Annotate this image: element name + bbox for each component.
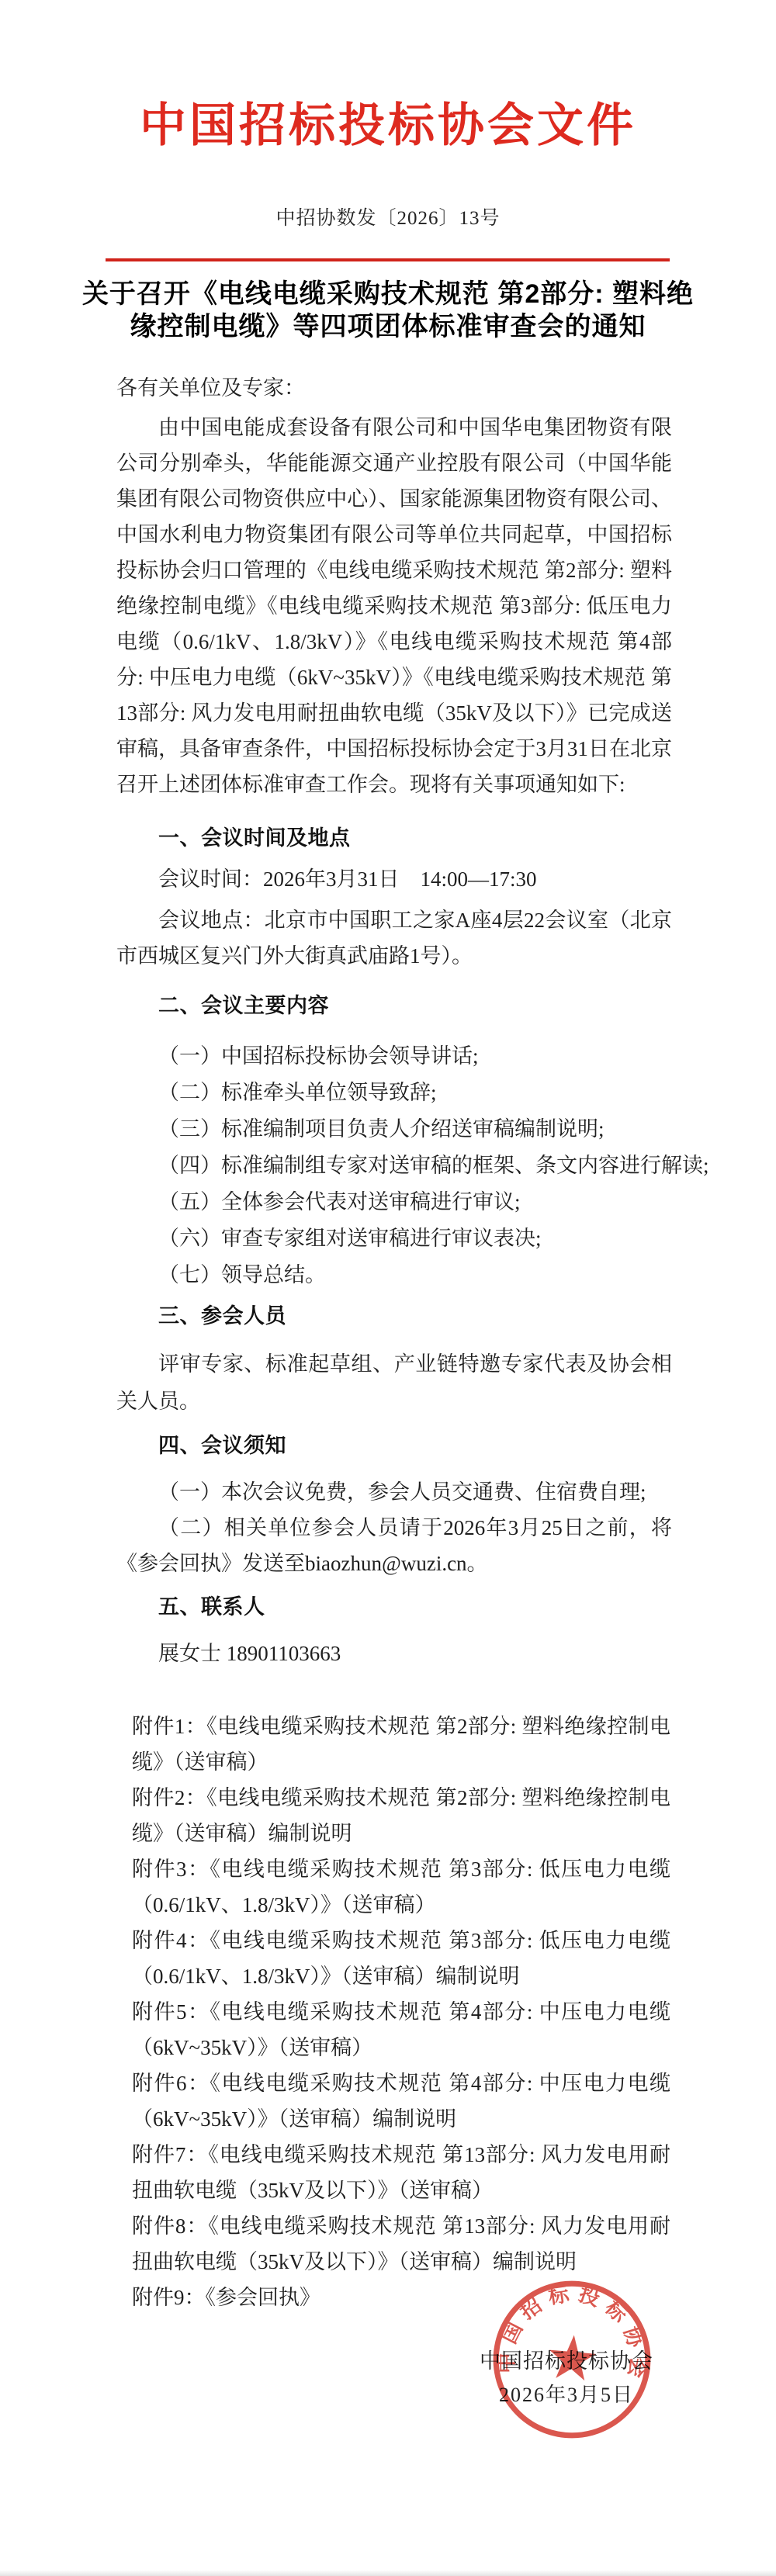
red-divider-rule (106, 258, 670, 261)
attendees-paragraph: 评审专家、标准起草组、产业链特邀专家代表及协会相关人员。 (116, 1345, 672, 1420)
agenda-item-6: （六）审查专家组对送审稿进行审议表决; (116, 1220, 672, 1257)
attachment-6: 附件6：《电线电缆采购技术规范 第4部分: 中压电力电缆（6kV~35kV）》（… (132, 2065, 670, 2137)
section5-heading: 五、联系人 (158, 1591, 686, 1622)
meeting-place: 会议地点：北京市中国职工之家A座4层22会议室（北京市西城区复兴门外大街真武庙路… (116, 902, 672, 974)
section1-heading: 一、会议时间及地点 (158, 822, 686, 853)
attachments-list: 附件1：《电线电缆采购技术规范 第2部分: 塑料绝缘控制电缆》（送审稿） 附件2… (132, 1709, 670, 2315)
agenda-list: （一）中国招标投标协会领导讲话; （二）标准牵头单位领导致辞; （三）标准编制项… (116, 1038, 672, 1293)
attachment-3: 附件3：《电线电缆采购技术规范 第3部分: 低压电力电缆（0.6/1kV、1.8… (132, 1851, 670, 1923)
attachment-2: 附件2：《电线电缆采购技术规范 第2部分: 塑料绝缘控制电缆》（送审稿）编制说明 (132, 1780, 670, 1851)
notice-title-line2: 缘控制电缆》等四项团体标准审查会的通知 (78, 310, 698, 343)
notes-item-2: （二）相关单位参会人员请于2026年3月25日之前，将《参会回执》发送至biao… (116, 1510, 672, 1581)
agenda-item-1: （一）中国招标投标协会领导讲话; (116, 1038, 672, 1075)
meeting-time: 会议时间：2026年3月31日 14:00—17:30 (158, 861, 702, 897)
seal-star-icon (547, 2333, 598, 2381)
intro-paragraph: 由中国电能成套设备有限公司和中国华电集团物资有限公司分别牵头，华能能源交通产业控… (116, 410, 672, 802)
attachment-8: 附件8：《电线电缆采购技术规范 第13部分: 风力发电用耐扭曲软电缆（35kV及… (132, 2208, 670, 2280)
notes-item-1: （一）本次会议免费，参会人员交通费、住宿费自理; (116, 1474, 672, 1510)
org-title: 中国招标投标协会文件 (0, 101, 776, 151)
agenda-item-7: （七）领导总结。 (116, 1257, 672, 1293)
doc-number: 中招协数发〔2026〕13号 (0, 206, 776, 231)
agenda-item-5: （五）全体参会代表对送审稿进行审议; (116, 1184, 672, 1220)
attachment-4: 附件4：《电线电缆采购技术规范 第3部分: 低压电力电缆（0.6/1kV、1.8… (132, 1923, 670, 1994)
document-page: 中国招标投标协会文件 中招协数发〔2026〕13号 关于召开《电线电缆采购技术规… (0, 0, 776, 2576)
section2-heading: 二、会议主要内容 (158, 990, 686, 1021)
notice-title-line1: 关于召开《电线电缆采购技术规范 第2部分: 塑料绝 (78, 278, 698, 310)
agenda-item-4: （四）标准编制组专家对送审稿的框架、条文内容进行解读; (116, 1148, 672, 1184)
official-seal: 中国招标投标协会 (482, 2270, 662, 2450)
notice-title: 关于召开《电线电缆采购技术规范 第2部分: 塑料绝 缘控制电缆》等四项团体标准审… (78, 278, 698, 343)
attachment-1: 附件1：《电线电缆采购技术规范 第2部分: 塑料绝缘控制电缆》（送审稿） (132, 1709, 670, 1780)
salutation: 各有关单位及专家： (116, 370, 672, 406)
attachment-7: 附件7：《电线电缆采购技术规范 第13部分: 风力发电用耐扭曲软电缆（35kV及… (132, 2137, 670, 2208)
agenda-item-3: （三）标准编制项目负责人介绍送审稿编制说明; (116, 1111, 672, 1148)
section3-heading: 三、参会人员 (158, 1300, 686, 1331)
attachment-5: 附件5：《电线电缆采购技术规范 第4部分: 中压电力电缆（6kV~35kV）》（… (132, 1994, 670, 2065)
agenda-item-2: （二）标准牵头单位领导致辞; (116, 1075, 672, 1111)
section4-heading: 四、会议须知 (158, 1430, 686, 1461)
contact-person: 展女士 18901103663 (158, 1636, 702, 1671)
